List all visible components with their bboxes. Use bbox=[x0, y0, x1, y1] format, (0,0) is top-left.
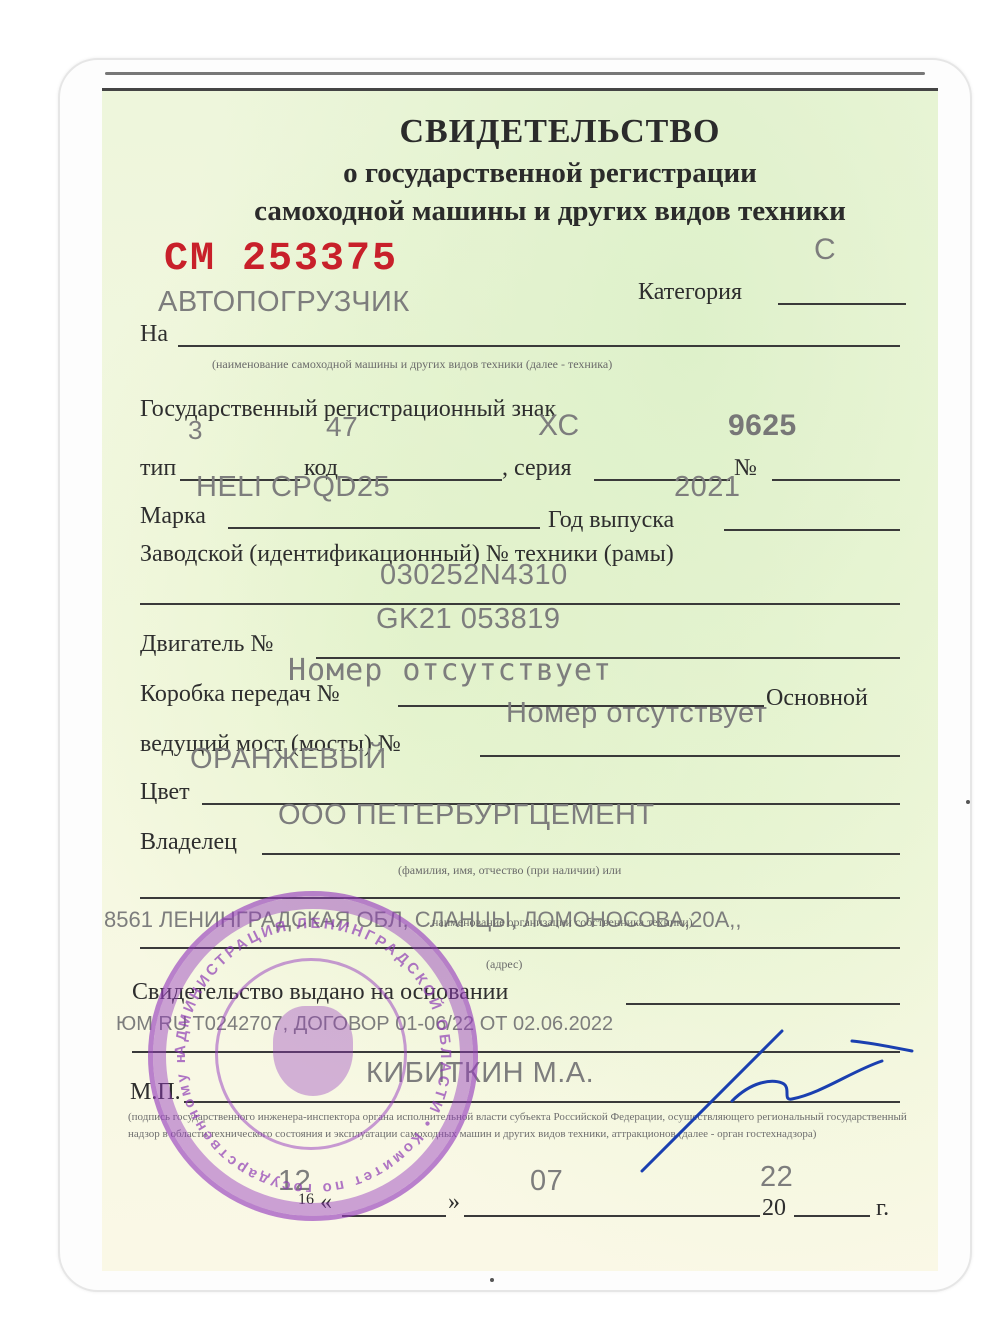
color-value: ОРАНЖЕВЫЙ bbox=[190, 743, 387, 776]
scan-speck bbox=[966, 800, 970, 804]
date-close-quote: » bbox=[448, 1189, 460, 1216]
reg-code-value: 47 bbox=[326, 411, 358, 443]
owner-value: ООО ПЕТЕРБУРГЦЕМЕНТ bbox=[278, 799, 655, 832]
issue-year-unit: г. bbox=[876, 1195, 889, 1222]
axle-label-1: Основной bbox=[766, 685, 868, 712]
basis-value: ЮМ RU T0242707, ДОГОВОР 01-06/22 ОТ 02.0… bbox=[116, 1013, 613, 1036]
owner-underline-2 bbox=[140, 897, 900, 899]
year-underline bbox=[724, 529, 900, 531]
serial-number: СМ 253375 bbox=[164, 237, 398, 282]
year-suffix-underline bbox=[794, 1215, 870, 1217]
day-underline bbox=[342, 1215, 446, 1217]
brand-underline bbox=[228, 527, 540, 529]
issue-year-suffix-value: 22 bbox=[760, 1161, 793, 1194]
date-open-quote: « bbox=[320, 1189, 332, 1216]
basis-underline-2 bbox=[132, 1051, 900, 1053]
year-label: Год выпуска bbox=[548, 507, 674, 534]
document-subtitle-2: самоходной машины и других видов техники bbox=[132, 195, 968, 228]
category-label: Категория bbox=[638, 279, 742, 306]
reg-series-value: ХС bbox=[538, 409, 580, 443]
signature-underline bbox=[184, 1101, 900, 1103]
month-underline bbox=[464, 1215, 760, 1217]
color-label: Цвет bbox=[140, 779, 190, 806]
document-subtitle-1: о государственной регистрации bbox=[132, 157, 968, 190]
owner-caption-2: наименование организации собственника те… bbox=[432, 915, 693, 930]
issue-month-value: 07 bbox=[530, 1165, 563, 1198]
brand-label: Марка bbox=[140, 503, 206, 530]
axle-underline bbox=[480, 755, 900, 757]
scan-speck bbox=[490, 1278, 494, 1282]
svg-text:АДМИНИСТРАЦИЯ ЛЕНИНГРАДСКОЙ ОБ: АДМИНИСТРАЦИЯ ЛЕНИНГРАДСКОЙ ОБЛАСТИ • Ко… bbox=[153, 896, 454, 1197]
frame-number-value: 030252N4310 bbox=[380, 559, 568, 592]
basis-underline bbox=[626, 1003, 900, 1005]
reg-number-underline bbox=[772, 479, 900, 481]
official-stamp: АДМИНИСТРАЦИЯ ЛЕНИНГРАДСКОЙ ОБЛАСТИ • Ко… bbox=[148, 891, 478, 1221]
address-underline bbox=[140, 947, 900, 949]
stamp-place-label: М.П. bbox=[130, 1079, 181, 1106]
reg-type-label: тип bbox=[140, 455, 176, 482]
year-value: 2021 bbox=[674, 471, 741, 504]
category-underline bbox=[778, 303, 906, 305]
address-caption: (адрес) bbox=[486, 957, 522, 972]
owner-underline bbox=[262, 853, 900, 855]
machine-name-underline bbox=[178, 345, 900, 347]
basis-label: Свидетельство выдано на основании bbox=[132, 979, 508, 1006]
machine-name-label: На bbox=[140, 321, 168, 348]
engine-value: GK21 053819 bbox=[376, 603, 560, 636]
document-title: СВИДЕТЕЛЬСТВО bbox=[142, 113, 978, 151]
machine-name-value: АВТОПОГРУЗЧИК bbox=[158, 286, 410, 319]
owner-caption-1: (фамилия, имя, отчество (при наличии) ил… bbox=[398, 863, 621, 878]
brand-value: HELI CPQD25 bbox=[196, 471, 390, 504]
official-caption: (подпись государственного инженера-инспе… bbox=[128, 1109, 908, 1143]
reg-number-value: 9625 bbox=[728, 409, 797, 443]
official-name: КИБИТКИН М.А. bbox=[366, 1057, 594, 1090]
reg-type-value: 3 bbox=[188, 415, 203, 446]
reg-series-label: , серия bbox=[502, 455, 571, 482]
registration-certificate: СВИДЕТЕЛЬСТВО о государственной регистра… bbox=[102, 88, 938, 1271]
top-edge-line bbox=[105, 72, 925, 75]
gearbox-label: Коробка передач № bbox=[140, 681, 340, 708]
engine-label: Двигатель № bbox=[140, 631, 273, 658]
issue-year-prefix: 20 bbox=[762, 1195, 786, 1222]
axle-value: Номер отсутствует bbox=[506, 697, 767, 730]
stamp-ring-text: АДМИНИСТРАЦИЯ ЛЕНИНГРАДСКОЙ ОБЛАСТИ • Ко… bbox=[153, 896, 473, 1216]
stamp-code: 16 bbox=[298, 1191, 314, 1209]
category-value: C bbox=[814, 233, 836, 267]
owner-label: Владелец bbox=[140, 829, 237, 856]
machine-name-caption: (наименование самоходной машины и других… bbox=[212, 357, 612, 372]
